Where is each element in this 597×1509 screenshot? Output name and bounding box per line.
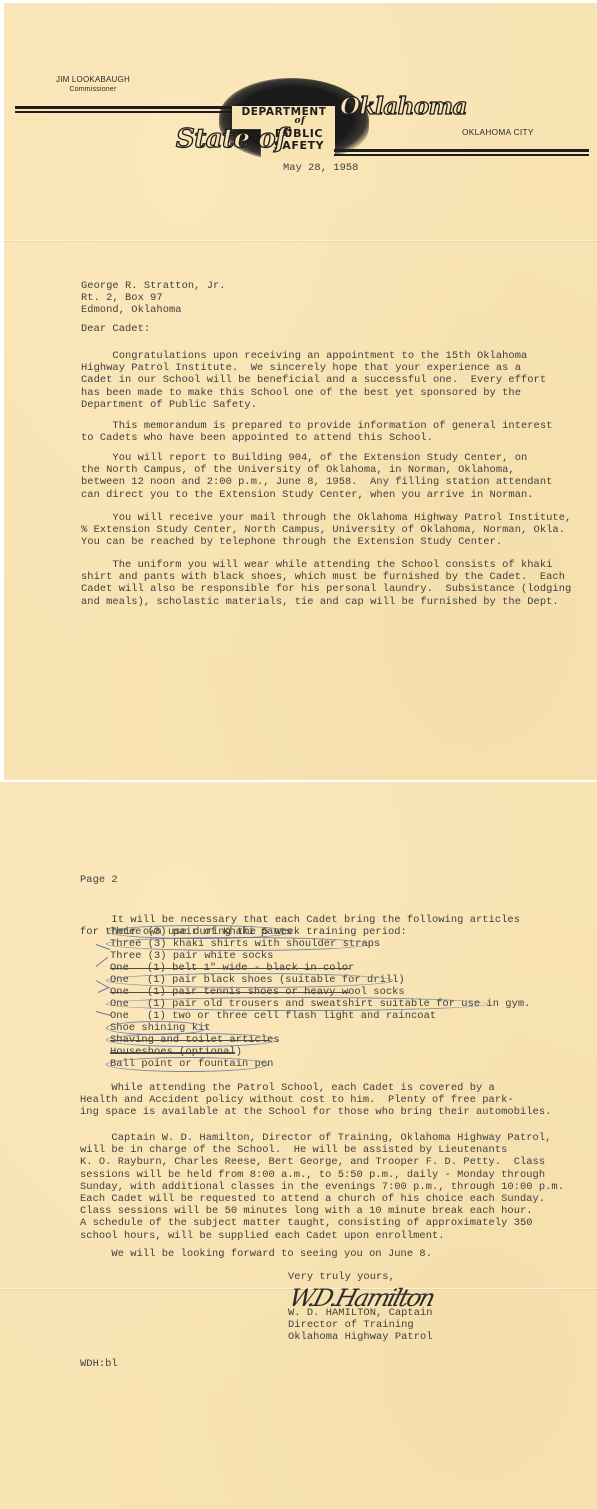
recipient-city: Edmond, Oklahoma: [81, 304, 226, 316]
text-line: Sunday, with additional classes in the e…: [80, 1181, 564, 1193]
text-line: Department of Public Safety.: [81, 399, 546, 411]
item-qty: Three: [110, 950, 141, 962]
recipient-name: George R. Stratton, Jr.: [81, 280, 226, 292]
salutation: Dear Cadet:: [81, 323, 150, 335]
pen-circle-annotation: [106, 997, 488, 1011]
logo-state-of-script: State of: [176, 124, 286, 154]
paragraph-congratulations: Congratulations upon receiving an appoin…: [81, 350, 546, 411]
page-number-label: Page 2: [80, 874, 118, 886]
recipient-address: George R. Stratton, Jr. Rt. 2, Box 97 Ed…: [81, 280, 226, 317]
paper-fold-line: [4, 240, 597, 241]
reference-initials: WDH:bl: [80, 1358, 118, 1370]
letter-page-1: JIM LOOKABAUGH Commissioner DEPARTMENT o…: [4, 3, 597, 780]
paragraph-uniform: The uniform you will wear while attendin…: [81, 559, 571, 608]
paragraph-report-location: You will report to Building 904, of the …: [81, 452, 552, 501]
logo-rule-left: [15, 106, 235, 109]
commissioner-title: Commissioner: [56, 85, 130, 95]
text-line: Congratulations upon receiving an appoin…: [81, 350, 546, 362]
pen-check-mark: [96, 1011, 111, 1016]
signature-flourish: [372, 1294, 427, 1295]
strikethrough-mark: [110, 992, 350, 993]
text-line: Cadet will also be responsible for his p…: [81, 583, 571, 595]
text-line: ing space is available at the School for…: [80, 1106, 551, 1118]
text-line: Each Cadet will be requested to attend a…: [80, 1193, 564, 1205]
text-line: Captain W. D. Hamilton, Director of Trai…: [80, 1132, 564, 1144]
text-line: has been made to make this School one of…: [81, 387, 546, 399]
commissioner-name: JIM LOOKABAUGH: [56, 75, 130, 85]
signer-name: W. D. HAMILTON, Captain: [288, 1307, 433, 1319]
pen-check-mark: [96, 957, 108, 967]
logo-oklahoma-script: Oklahoma: [340, 93, 467, 120]
item-desc: two or three cell flash light and rainco…: [172, 1010, 436, 1022]
signer-title: Director of Training: [288, 1319, 433, 1331]
item-desc: pair white socks: [173, 950, 274, 962]
text-line: The uniform you will wear while attendin…: [81, 559, 571, 571]
signer-organization: Oklahoma Highway Patrol: [288, 1331, 433, 1343]
commissioner-block: JIM LOOKABAUGH Commissioner: [56, 75, 130, 95]
text-line: to Cadets who have been appointed to att…: [81, 432, 552, 444]
text-line: Cadet in our School will be beneficial a…: [81, 374, 546, 386]
text-line: and meals), scholastic materials, tie an…: [81, 596, 571, 608]
paragraph-school-staff: Captain W. D. Hamilton, Director of Trai…: [80, 1132, 564, 1242]
paragraph-mail: You will receive your mail through the O…: [81, 512, 571, 549]
logo-rule-right-thin: [334, 154, 589, 156]
strikethrough-mark: [110, 1040, 270, 1041]
text-line: shirt and pants with black shoes, which …: [81, 571, 571, 583]
text-line: can direct you to the Extension Study Ce…: [81, 489, 552, 501]
pen-check-mark: [98, 987, 110, 993]
text-line: It will be necessary that each Cadet bri…: [80, 914, 520, 926]
text-line: Highway Patrol Institute. We sincerely h…: [81, 362, 546, 374]
paragraph-memorandum: This memorandum is prepared to provide i…: [81, 420, 552, 444]
text-line: sessions will be held from 8:00 a.m., to…: [80, 1169, 564, 1181]
text-line: % Extension Study Center, North Campus, …: [81, 524, 571, 536]
strikethrough-mark: [110, 968, 350, 969]
text-line: You will receive your mail through the O…: [81, 512, 571, 524]
logo-rule-right: [334, 149, 589, 152]
text-line: school hours, will be supplied each Cade…: [80, 1230, 564, 1242]
text-line: between 12 noon and 2:00 p.m., June 8, 1…: [81, 476, 552, 488]
text-line: the North Campus, of the University of O…: [81, 464, 552, 476]
pen-circle-annotation: [106, 937, 370, 951]
text-line: You will report to Building 904, of the …: [81, 452, 552, 464]
city-label: OKLAHOMA CITY: [462, 127, 534, 137]
letter-page-2: Page 2 It will be necessary that each Ca…: [0, 782, 597, 1509]
recipient-street: Rt. 2, Box 97: [81, 292, 226, 304]
paragraph-closing: We will be looking forward to seeing you…: [80, 1248, 432, 1260]
logo-rule-left-thin: [15, 111, 235, 113]
closing-phrase: Very truly yours,: [288, 1271, 395, 1283]
text-line: Class sessions will be 50 minutes long w…: [80, 1205, 564, 1217]
text-line: A schedule of the subject matter taught,…: [80, 1217, 564, 1229]
pen-circle-annotation: [106, 973, 393, 988]
strikethrough-mark: [110, 1052, 235, 1054]
letter-date: May 28, 1958: [283, 162, 358, 174]
text-line: will be in charge of the School. He will…: [80, 1144, 564, 1156]
text-line: Health and Accident policy without cost …: [80, 1094, 551, 1106]
text-line: While attending the Patrol School, each …: [80, 1082, 551, 1094]
pen-circle-annotation: [106, 1057, 268, 1072]
item-num: (3): [148, 950, 167, 962]
text-line: K. O. Rayburn, Charles Reese, Bert Georg…: [80, 1156, 564, 1168]
signature-block: W. D. HAMILTON, Captain Director of Trai…: [288, 1307, 433, 1344]
text-line: This memorandum is prepared to provide i…: [81, 420, 552, 432]
list-item: Three (3) pair white socks: [110, 950, 273, 962]
text-line: You can be reached by telephone through …: [81, 536, 571, 548]
paragraph-insurance: While attending the Patrol School, each …: [80, 1082, 551, 1119]
